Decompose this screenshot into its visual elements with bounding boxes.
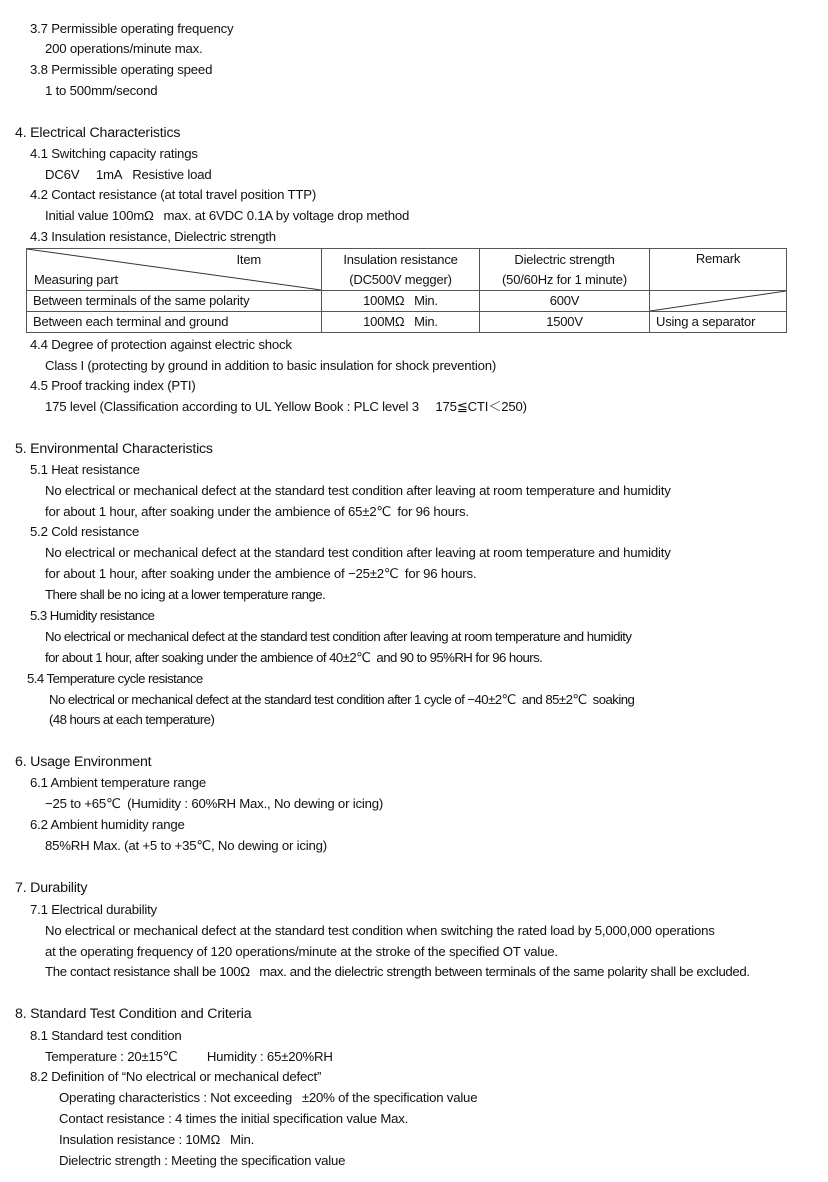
heading-5-4: 5.4 Temperature cycle resistance — [27, 671, 203, 687]
table-row: Between each terminal and ground 100MΩ M… — [27, 312, 787, 333]
heading-4-4: 4.4 Degree of protection against electri… — [30, 337, 292, 353]
text-5-3-line2: for about 1 hour, after soaking under th… — [45, 650, 542, 666]
cell-part: Between terminals of the same polarity — [27, 291, 322, 312]
criteria-item: Contact resistance : 4 times the initial… — [59, 1111, 408, 1127]
section-8-title: 8. Standard Test Condition and Criteria — [15, 1006, 251, 1022]
text-4-5: 175 level (Classification according to U… — [45, 399, 527, 415]
text-8-1: Temperature : 20±15℃ Humidity : 65±20%RH — [45, 1049, 333, 1065]
section-7-title: 7. Durability — [15, 880, 87, 896]
header-dielectric-line1: Dielectric strength — [486, 250, 643, 270]
heading-4-3: 4.3 Insulation resistance, Dielectric st… — [30, 229, 276, 245]
text-5-4-line1: No electrical or mechanical defect at th… — [49, 692, 634, 708]
header-measuring-part: Measuring part — [34, 270, 118, 290]
text-4-2: Initial value 100mΩ max. at 6VDC 0.1A by… — [45, 208, 409, 224]
heading-4-2: 4.2 Contact resistance (at total travel … — [30, 187, 316, 203]
heading-4-5: 4.5 Proof tracking index (PTI) — [30, 378, 196, 394]
heading-6-2: 6.2 Ambient humidity range — [30, 817, 185, 833]
heading-5-3: 5.3 Humidity resistance — [30, 608, 154, 624]
cell-part: Between each terminal and ground — [27, 312, 322, 333]
cell-insulation: 100MΩ Min. — [322, 312, 480, 333]
heading-5-2: 5.2 Cold resistance — [30, 524, 139, 540]
heading-7-1: 7.1 Electrical durability — [30, 902, 157, 918]
table-row: Between terminals of the same polarity 1… — [27, 291, 787, 312]
header-item-measuring-part: Item Measuring part — [27, 249, 322, 291]
heading-5-1: 5.1 Heat resistance — [30, 462, 140, 478]
table-header-row: Item Measuring part Insulation resistanc… — [27, 249, 787, 291]
cell-remark-empty — [650, 291, 787, 312]
text-5-4-line2: (48 hours at each temperature) — [49, 712, 214, 728]
text-4-4: Class I (protecting by ground in additio… — [45, 358, 496, 374]
text-4-1: DC6V 1mA Resistive load — [45, 167, 212, 183]
criteria-item: Operating characteristics : Not exceedin… — [59, 1090, 477, 1106]
header-insulation: Insulation resistance (DC500V megger) — [322, 249, 480, 291]
cell-dielectric: 1500V — [480, 312, 650, 333]
criteria-item: Dielectric strength : Meeting the specif… — [59, 1153, 345, 1169]
text-5-1-line2: for about 1 hour, after soaking under th… — [45, 504, 469, 520]
text-6-2: 85%RH Max. (at +5 to +35℃, No dewing or … — [45, 838, 327, 854]
heading-3-7: 3.7 Permissible operating frequency — [30, 21, 233, 37]
header-item: Item — [237, 250, 261, 270]
header-remark-label: Remark — [656, 249, 780, 269]
text-6-1: −25 to +65℃ (Humidity : 60%RH Max., No d… — [45, 796, 383, 812]
header-insulation-line1: Insulation resistance — [328, 250, 473, 270]
header-dielectric-line2: (50/60Hz for 1 minute) — [486, 270, 643, 290]
cell-insulation: 100MΩ Min. — [322, 291, 480, 312]
cell-dielectric: 600V — [480, 291, 650, 312]
text-5-2-line3: There shall be no icing at a lower tempe… — [45, 587, 325, 603]
heading-8-2: 8.2 Definition of “No electrical or mech… — [30, 1069, 321, 1085]
section-6-title: 6. Usage Environment — [15, 754, 151, 770]
heading-4-1: 4.1 Switching capacity ratings — [30, 146, 198, 162]
heading-8-1: 8.1 Standard test condition — [30, 1028, 182, 1044]
heading-3-8: 3.8 Permissible operating speed — [30, 62, 212, 78]
text-3-7: 200 operations/minute max. — [45, 41, 203, 57]
text-7-1-line2: at the operating frequency of 120 operat… — [45, 944, 558, 960]
text-5-3-line1: No electrical or mechanical defect at th… — [45, 629, 631, 645]
heading-6-1: 6.1 Ambient temperature range — [30, 775, 206, 791]
text-5-2-line1: No electrical or mechanical defect at th… — [45, 545, 671, 561]
text-5-2-line2: for about 1 hour, after soaking under th… — [45, 566, 476, 582]
section-5-title: 5. Environmental Characteristics — [15, 441, 213, 457]
text-7-1-line3: The contact resistance shall be 100Ω max… — [45, 964, 750, 980]
diagonal-divider — [650, 291, 786, 311]
section-4-title: 4. Electrical Characteristics — [15, 125, 180, 141]
header-insulation-line2: (DC500V megger) — [328, 270, 473, 290]
header-dielectric: Dielectric strength (50/60Hz for 1 minut… — [480, 249, 650, 291]
criteria-item: Insulation resistance : 10MΩ Min. — [59, 1132, 254, 1148]
text-5-1-line1: No electrical or mechanical defect at th… — [45, 483, 671, 499]
header-remark: Remark — [650, 249, 787, 291]
insulation-dielectric-table: Item Measuring part Insulation resistanc… — [26, 248, 787, 333]
text-3-8: 1 to 500mm/second — [45, 83, 157, 99]
text-7-1-line1: No electrical or mechanical defect at th… — [45, 923, 715, 939]
cell-remark: Using a separator — [650, 312, 787, 333]
